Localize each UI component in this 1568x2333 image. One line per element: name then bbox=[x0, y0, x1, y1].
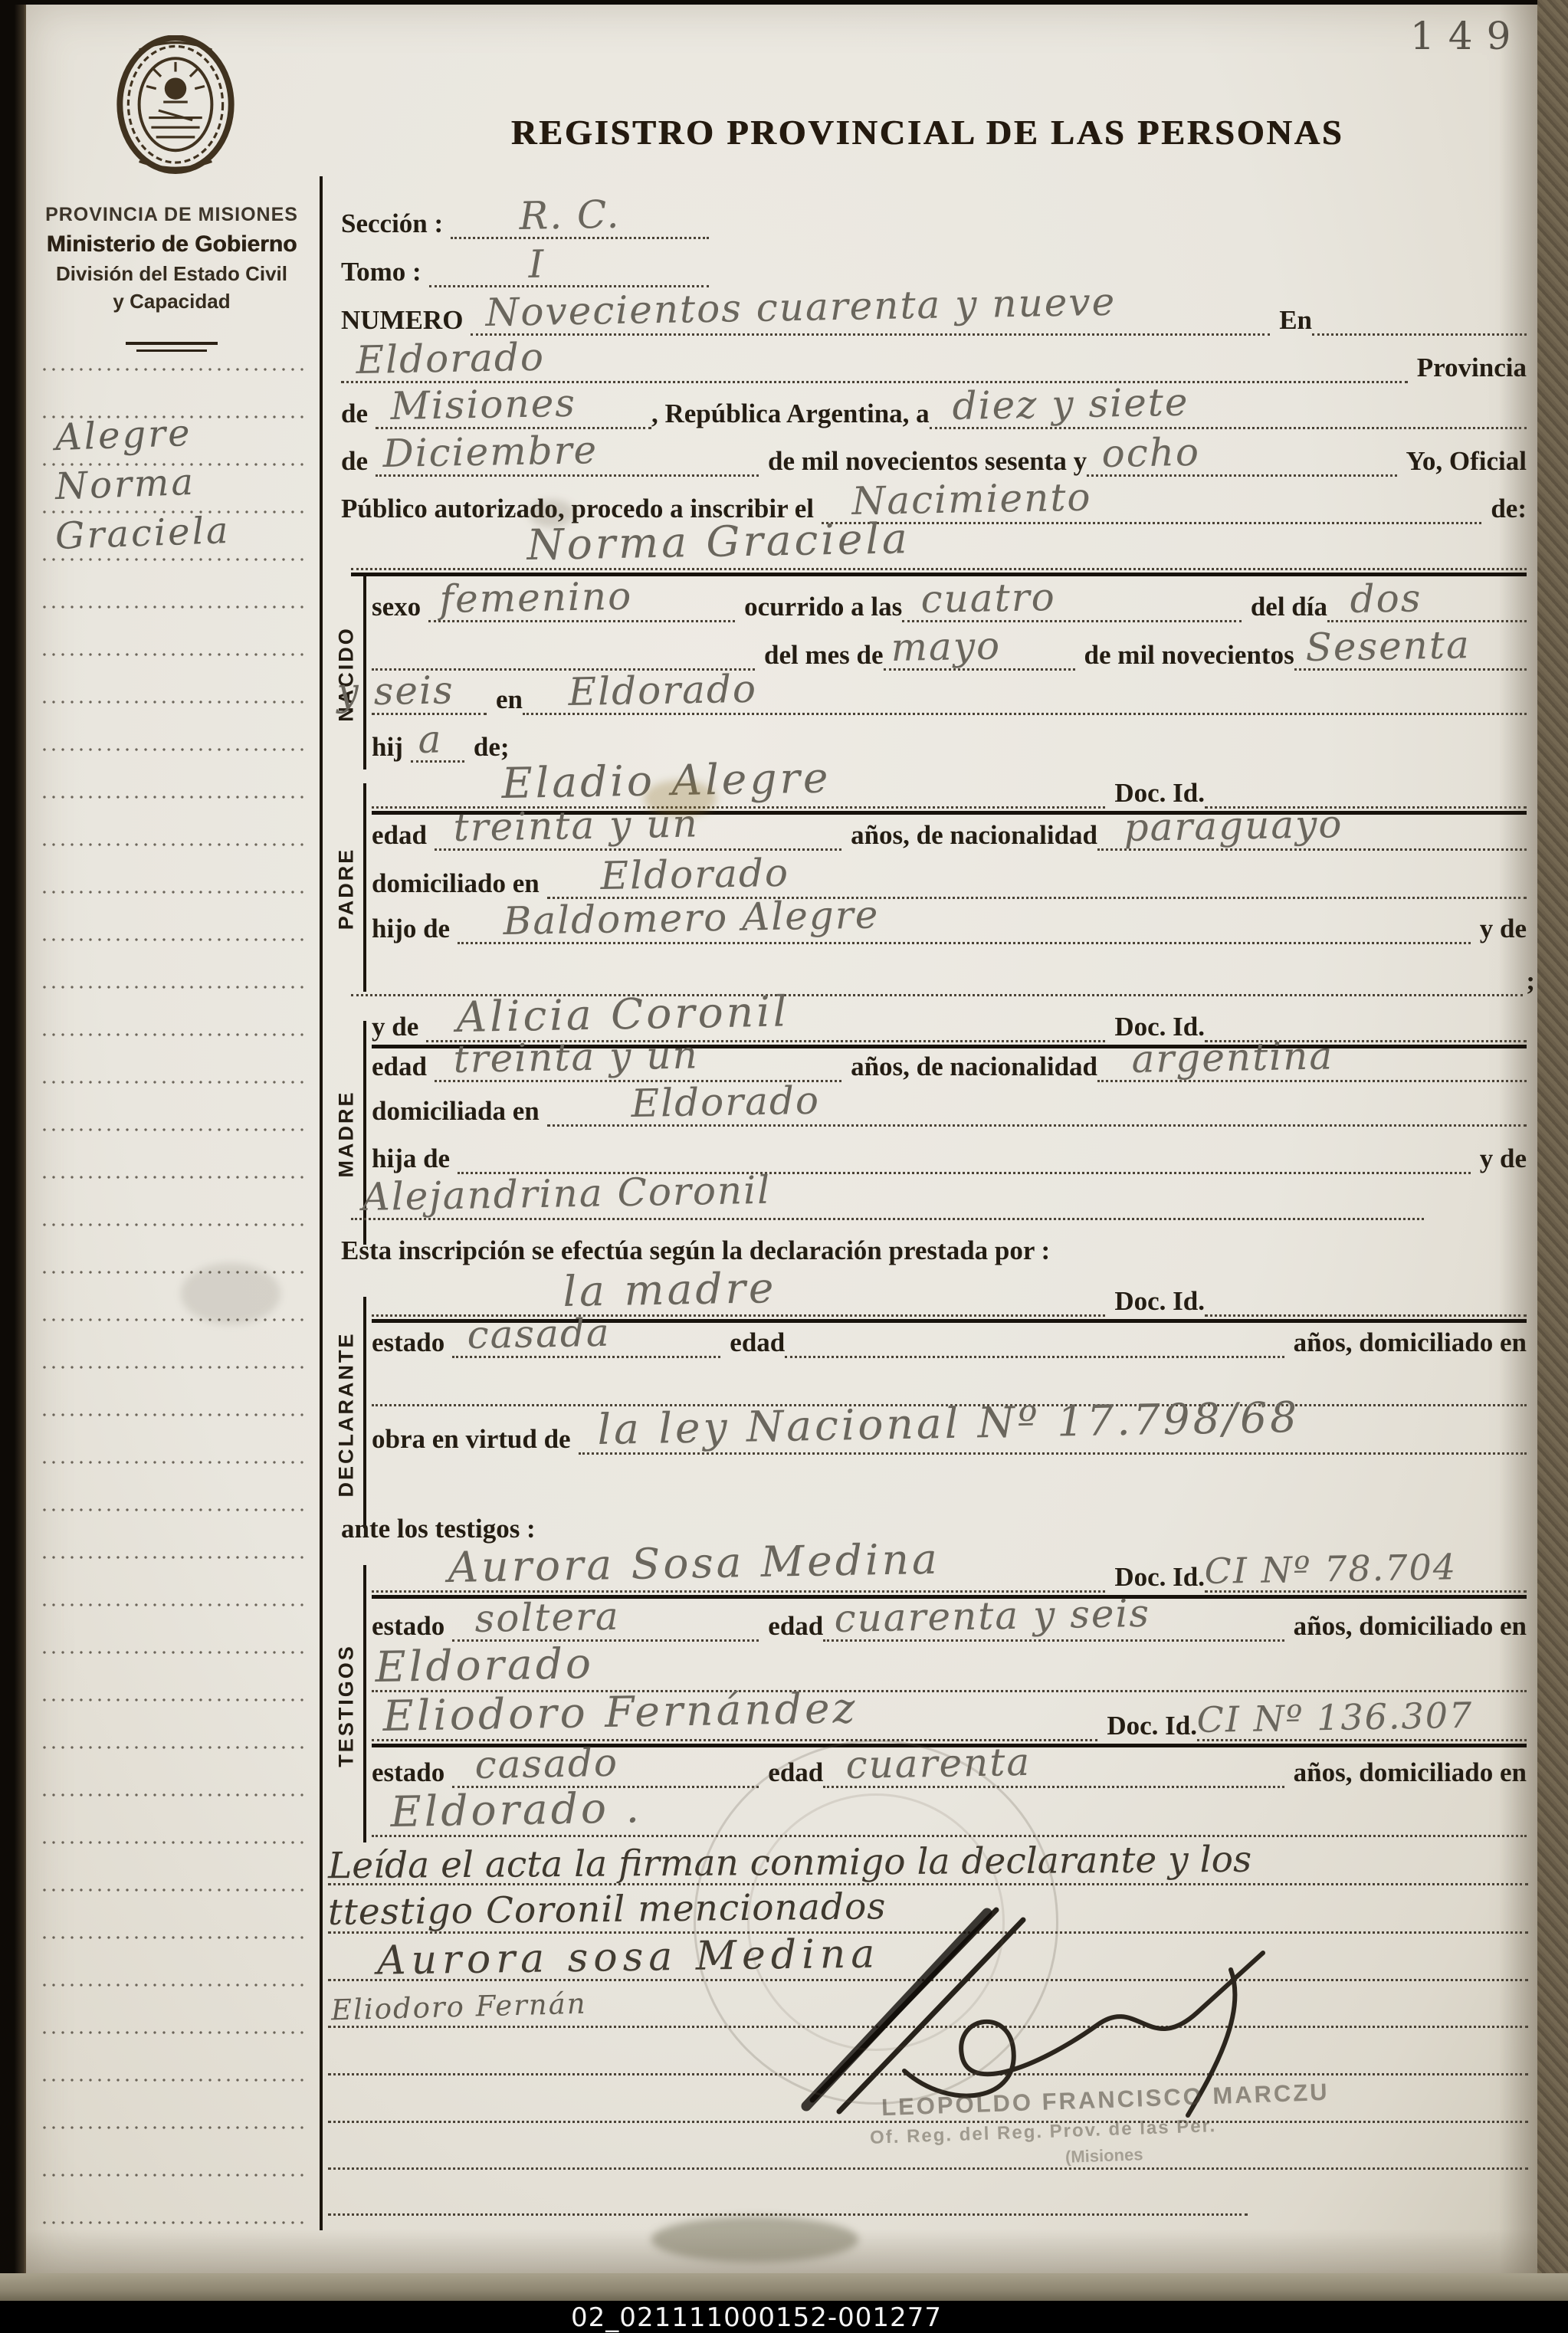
tomo-value: I bbox=[528, 245, 546, 284]
testigo2-doc-field: CI Nº 136.307 bbox=[1197, 1704, 1527, 1741]
lugar-nac-field: Eldorado bbox=[523, 678, 1527, 715]
madre-y-de-label: y de bbox=[372, 1013, 426, 1042]
sidebar-division-line2: y Capacidad bbox=[31, 290, 313, 313]
provincia-row: de Misiones , República Argentina, a die… bbox=[341, 386, 1527, 429]
lugar-row: Eldorado Provincia bbox=[341, 340, 1527, 383]
de-label: de bbox=[341, 400, 376, 429]
declarante-dom-label: años, domiciliado en bbox=[1284, 1329, 1527, 1358]
testigo2-nombre-row: Eliodoro Fernández Doc. Id. CI Nº 136.30… bbox=[372, 1698, 1527, 1741]
mes-field: Diciembre bbox=[376, 439, 759, 477]
testigo1-nombre-value: Aurora Sosa Medina bbox=[448, 1538, 940, 1589]
blank-field bbox=[372, 633, 755, 671]
hora-field: cuatro bbox=[902, 585, 1242, 622]
testigo2-dom-value: Eldorado . bbox=[390, 1787, 642, 1833]
madre-dom-label: domiciliada en bbox=[372, 1098, 547, 1127]
declarante-doc-label: Doc. Id. bbox=[1105, 1288, 1205, 1317]
page-bottom-edge bbox=[0, 2273, 1568, 2301]
mes-nac-row: del mes de mayo de mil novecientos Sesen… bbox=[372, 628, 1527, 671]
madre-edad-field: treinta y un bbox=[435, 1045, 841, 1082]
padre-dom-field: Eldorado bbox=[547, 861, 1527, 899]
dia-value: diez y siete bbox=[952, 383, 1189, 425]
hij-label: hij bbox=[372, 733, 411, 763]
hij-gender-value: a bbox=[418, 720, 443, 759]
anio-nac-value1: Sesenta bbox=[1305, 625, 1471, 667]
acto-field: Nacimiento bbox=[822, 487, 1481, 524]
madre-nac-label: años, de nacionalidad bbox=[841, 1053, 1097, 1082]
padre-nac-value: paraguayo bbox=[1124, 805, 1343, 847]
madre-dom-row: domiciliada en Eldorado bbox=[372, 1084, 1527, 1127]
dia-nac-field: dos bbox=[1327, 585, 1527, 622]
testigo2-doc-label: Doc. Id. bbox=[1097, 1712, 1197, 1741]
ink-stain bbox=[644, 780, 717, 817]
sexo-label: sexo bbox=[372, 593, 428, 622]
padre-dom-value: Eldorado bbox=[600, 854, 789, 895]
madre-nombre-value: Alicia Coronil bbox=[456, 990, 790, 1039]
virtud-value: la ley Nacional Nº 17.798/68 bbox=[597, 1396, 1301, 1451]
scanned-birth-record-page: 149 REGISTRO PROVINCIAL DE LAS PERSONAS … bbox=[0, 0, 1568, 2333]
madre-edad-label: edad bbox=[372, 1053, 435, 1082]
book-edge-top bbox=[0, 0, 1568, 5]
en-nac-label: en bbox=[487, 686, 523, 715]
testigo2-estado-field: casado bbox=[452, 1751, 759, 1788]
nombre-inscripto-row: Norma Graciela bbox=[351, 527, 1527, 570]
registrar-stamp-place: (Misiones bbox=[1065, 2144, 1143, 2167]
padre-nac-field: paraguayo bbox=[1097, 813, 1527, 851]
testigo2-estado-label: estado bbox=[372, 1759, 452, 1788]
testigo1-estado-label: estado bbox=[372, 1613, 452, 1642]
testigo1-nombre-row: Aurora Sosa Medina Doc. Id. CI Nº 78.704 bbox=[372, 1550, 1527, 1593]
seccion-value: R. C. bbox=[519, 195, 621, 235]
seccion-row: Sección : R. C. bbox=[341, 196, 709, 239]
provincia-field: Misiones bbox=[376, 392, 651, 429]
madre-dom-value: Eldorado bbox=[631, 1081, 820, 1123]
declarante-doc-field bbox=[1205, 1279, 1527, 1317]
sidebar-division-line1: División del Estado Civil bbox=[31, 262, 313, 286]
smudge bbox=[181, 1263, 280, 1324]
testigos-bracket bbox=[363, 1565, 366, 1842]
testigo2-nombre-field: Eliodoro Fernández bbox=[372, 1704, 1097, 1741]
anio-nac-value2: y seis bbox=[336, 671, 454, 711]
testigo1-doc-field: CI Nº 78.704 bbox=[1205, 1555, 1527, 1593]
declarante-estado-value: casada bbox=[467, 1314, 611, 1354]
testigo2-dom-label: años, domiciliado en bbox=[1284, 1759, 1527, 1788]
declarante-estado-field: casada bbox=[452, 1321, 720, 1358]
lugar-nac-row: y seis en Eldorado bbox=[372, 672, 1527, 715]
provincia-value: Misiones bbox=[390, 384, 576, 425]
madre-nac-field: argentina bbox=[1097, 1045, 1527, 1082]
padre-edad-row: edad treinta y un años, de nacionalidad … bbox=[372, 808, 1527, 851]
section-label-padre: PADRE bbox=[335, 801, 359, 977]
sidebar-divider bbox=[126, 342, 218, 345]
hij-gender-field: a bbox=[411, 725, 464, 763]
declarante-estado-label: estado bbox=[372, 1329, 452, 1358]
abuela-field bbox=[458, 1137, 1471, 1174]
dia-nac-value: dos bbox=[1350, 579, 1422, 619]
madre-edad-row: edad treinta y un años, de nacionalidad … bbox=[372, 1039, 1527, 1082]
anio-nac-label: de mil novecientos bbox=[1075, 641, 1294, 671]
anio-nac-field2: y seis bbox=[372, 678, 487, 715]
testigo1-edad-field: cuarenta y seis bbox=[823, 1604, 1284, 1642]
padre-dom-row: domiciliado en Eldorado bbox=[372, 856, 1527, 899]
margin-note-middlename: Graciela bbox=[54, 509, 231, 558]
mes-nac-label: del mes de bbox=[755, 641, 884, 671]
ink-stain bbox=[529, 500, 575, 527]
virtud-row: obra en virtud de la ley Nacional Nº 17.… bbox=[372, 1412, 1527, 1455]
testigo1-edad-value: cuarenta y seis bbox=[834, 1594, 1150, 1638]
declarante-bracket bbox=[363, 1297, 366, 1528]
testigo1-dom-value: Eldorado bbox=[375, 1642, 594, 1688]
book-cover-edge bbox=[1537, 0, 1568, 2333]
sidebar-ministry: Ministerio de Gobierno bbox=[31, 231, 313, 258]
declarante-estado-row: estado casada edad años, domiciliado en bbox=[372, 1315, 1527, 1358]
testigo1-estado-row: estado soltera edad cuarenta y seis años… bbox=[372, 1599, 1527, 1642]
anio-nac-field: Sesenta bbox=[1294, 633, 1527, 671]
padre-hijo-row: hijo de Baldomero Alegre y de bbox=[372, 901, 1527, 944]
virtud-label: obra en virtud de bbox=[372, 1426, 579, 1455]
padre-nac-label: años, de nacionalidad bbox=[841, 822, 1097, 851]
testigo1-doc-label: Doc. Id. bbox=[1105, 1564, 1205, 1593]
tomo-row: Tomo : I bbox=[341, 244, 709, 287]
seccion-field: R. C. bbox=[451, 202, 709, 239]
declaracion-intro: Esta inscripción se efectúa según la dec… bbox=[341, 1235, 1050, 1266]
acto-row: Público autorizado, procedo a inscribir … bbox=[341, 481, 1527, 524]
republica-label: , República Argentina, a bbox=[651, 400, 930, 429]
en-field bbox=[1312, 298, 1527, 336]
nombre-inscripto-field: Norma Graciela bbox=[351, 533, 1527, 570]
madre-hija-row: hija de y de bbox=[372, 1131, 1527, 1174]
tomo-field: I bbox=[429, 250, 709, 287]
lugar-nac-value: Eldorado bbox=[568, 670, 757, 711]
padre-dom-label: domiciliado en bbox=[372, 870, 547, 899]
virtud-field: la ley Nacional Nº 17.798/68 bbox=[579, 1417, 1527, 1455]
hijo-de-row: hij a de; bbox=[372, 720, 625, 763]
page-number: 149 bbox=[1410, 14, 1524, 58]
de-label2: de bbox=[341, 448, 376, 477]
ruled-line bbox=[328, 2167, 1528, 2170]
anio-label: de mil novecientos sesenta y bbox=[759, 448, 1087, 477]
padre-hijo-label: hijo de bbox=[372, 915, 458, 944]
nombre-inscripto-value: Norma Graciela bbox=[526, 517, 910, 566]
declarante-edad-label: edad bbox=[720, 1329, 785, 1358]
abuela-materna-field: Alejandrina Coronil bbox=[351, 1183, 1424, 1220]
madre-nac-value: argentina bbox=[1131, 1036, 1333, 1078]
sidebar-province: PROVINCIA DE MISIONES bbox=[31, 204, 313, 226]
section-label-declarante: DECLARANTE bbox=[335, 1300, 359, 1530]
abuela-paterna-row: ; bbox=[351, 953, 1535, 996]
lugar-field: Eldorado bbox=[341, 346, 1408, 383]
round-stamp-inner bbox=[747, 1793, 1005, 2051]
mes-nac-field: mayo bbox=[884, 633, 1075, 671]
margin-note-firstname: Norma bbox=[54, 461, 196, 508]
hora-label: ocurrido a las bbox=[735, 593, 902, 622]
padre-edad-field: treinta y un bbox=[435, 813, 841, 851]
hora-value: cuatro bbox=[920, 578, 1056, 619]
abuelo-value: Baldomero Alegre bbox=[503, 895, 880, 940]
declarante-edad-field bbox=[785, 1321, 1284, 1358]
sexo-row: sexo femenino ocurrido a las cuatro del … bbox=[372, 579, 1527, 622]
provincial-coat-of-arms-icon bbox=[115, 35, 236, 175]
testigo1-estado-field: soltera bbox=[452, 1604, 759, 1642]
numero-field: Novecientos cuarenta y nueve bbox=[471, 298, 1270, 336]
testigo1-doc-value: CI Nº 78.704 bbox=[1204, 1549, 1457, 1589]
page-title: REGISTRO PROVINCIAL DE LAS PERSONAS bbox=[330, 112, 1525, 153]
semicolon: ; bbox=[1523, 967, 1535, 996]
form-left-rule bbox=[320, 176, 323, 2230]
padre-edad-label: edad bbox=[372, 822, 435, 851]
testigos-intro: ante los testigos : bbox=[341, 1514, 536, 1544]
anio-field: ocho bbox=[1087, 439, 1396, 477]
witness2-signature: Eliodoro Fernán bbox=[331, 1990, 587, 2025]
numero-value: Novecientos cuarenta y nueve bbox=[486, 283, 1117, 332]
testigo2-nombre-value: Eliodoro Fernández bbox=[382, 1687, 858, 1737]
padre-nombre-row: Eladio Alegre Doc. Id. bbox=[372, 766, 1527, 809]
padre-nombre-field: Eladio Alegre bbox=[372, 771, 1105, 809]
dia-nac-label: del día bbox=[1242, 593, 1327, 622]
testigo2-estado-value: casado bbox=[474, 1744, 618, 1784]
madre-y-de-label2: y de bbox=[1471, 1145, 1527, 1174]
testigo1-dom-label: años, domiciliado en bbox=[1284, 1613, 1527, 1642]
mes-value: Diciembre bbox=[382, 431, 598, 473]
numero-label: NUMERO bbox=[341, 307, 471, 336]
numero-row: NUMERO Novecientos cuarenta y nueve En bbox=[341, 293, 1527, 336]
ruled-line bbox=[328, 2213, 1248, 2216]
declarante-nombre-field: la madre bbox=[372, 1279, 1105, 1317]
testigo1-dom-field: Eldorado bbox=[372, 1655, 1527, 1692]
sexo-value: femenino bbox=[439, 577, 632, 619]
dia-field: diez y siete bbox=[930, 392, 1527, 429]
section-label-testigos: TESTIGOS bbox=[335, 1591, 359, 1821]
anio-value: ocho bbox=[1101, 433, 1200, 473]
fecha-row: de Diciembre de mil novecientos sesenta … bbox=[341, 434, 1527, 477]
archive-reference-id: 02_021111000152-001277 bbox=[0, 2302, 1540, 2333]
abuela-materna-value: Alejandrina Coronil bbox=[362, 1171, 771, 1216]
mes-nac-value: mayo bbox=[891, 627, 1001, 667]
testigo2-doc-value: CI Nº 136.307 bbox=[1196, 1698, 1473, 1737]
lugar-value: Eldorado bbox=[356, 338, 545, 379]
madre-dom-field: Eldorado bbox=[547, 1089, 1527, 1127]
en-label: En bbox=[1270, 307, 1312, 336]
tomo-label: Tomo : bbox=[341, 258, 429, 287]
padre-y-de-label: y de bbox=[1471, 915, 1527, 944]
madre-edad-value: treinta y un bbox=[453, 1035, 699, 1078]
testigo1-nombre-field: Aurora Sosa Medina bbox=[372, 1555, 1105, 1593]
provincia-label: Provincia bbox=[1408, 354, 1527, 383]
abuela-materna-row: Alejandrina Coronil bbox=[351, 1177, 1424, 1220]
acto-de-label: de: bbox=[1481, 495, 1527, 524]
abuelo-field: Baldomero Alegre bbox=[458, 907, 1471, 944]
declarante-nombre-row: la madre Doc. Id. bbox=[372, 1274, 1527, 1317]
testigo1-estado-value: soltera bbox=[474, 1597, 620, 1638]
book-gutter bbox=[0, 0, 26, 2333]
madre-hija-label: hija de bbox=[372, 1145, 458, 1174]
oficial-label: Yo, Oficial bbox=[1397, 448, 1527, 477]
testigo1-edad-label: edad bbox=[759, 1613, 823, 1642]
testigo1-dom-row: Eldorado bbox=[372, 1649, 1527, 1692]
sexo-field: femenino bbox=[428, 585, 735, 622]
seccion-label: Sección : bbox=[341, 210, 451, 239]
declarante-nombre-value: la madre bbox=[563, 1267, 777, 1313]
margin-note-surname: Alegre bbox=[54, 412, 192, 459]
